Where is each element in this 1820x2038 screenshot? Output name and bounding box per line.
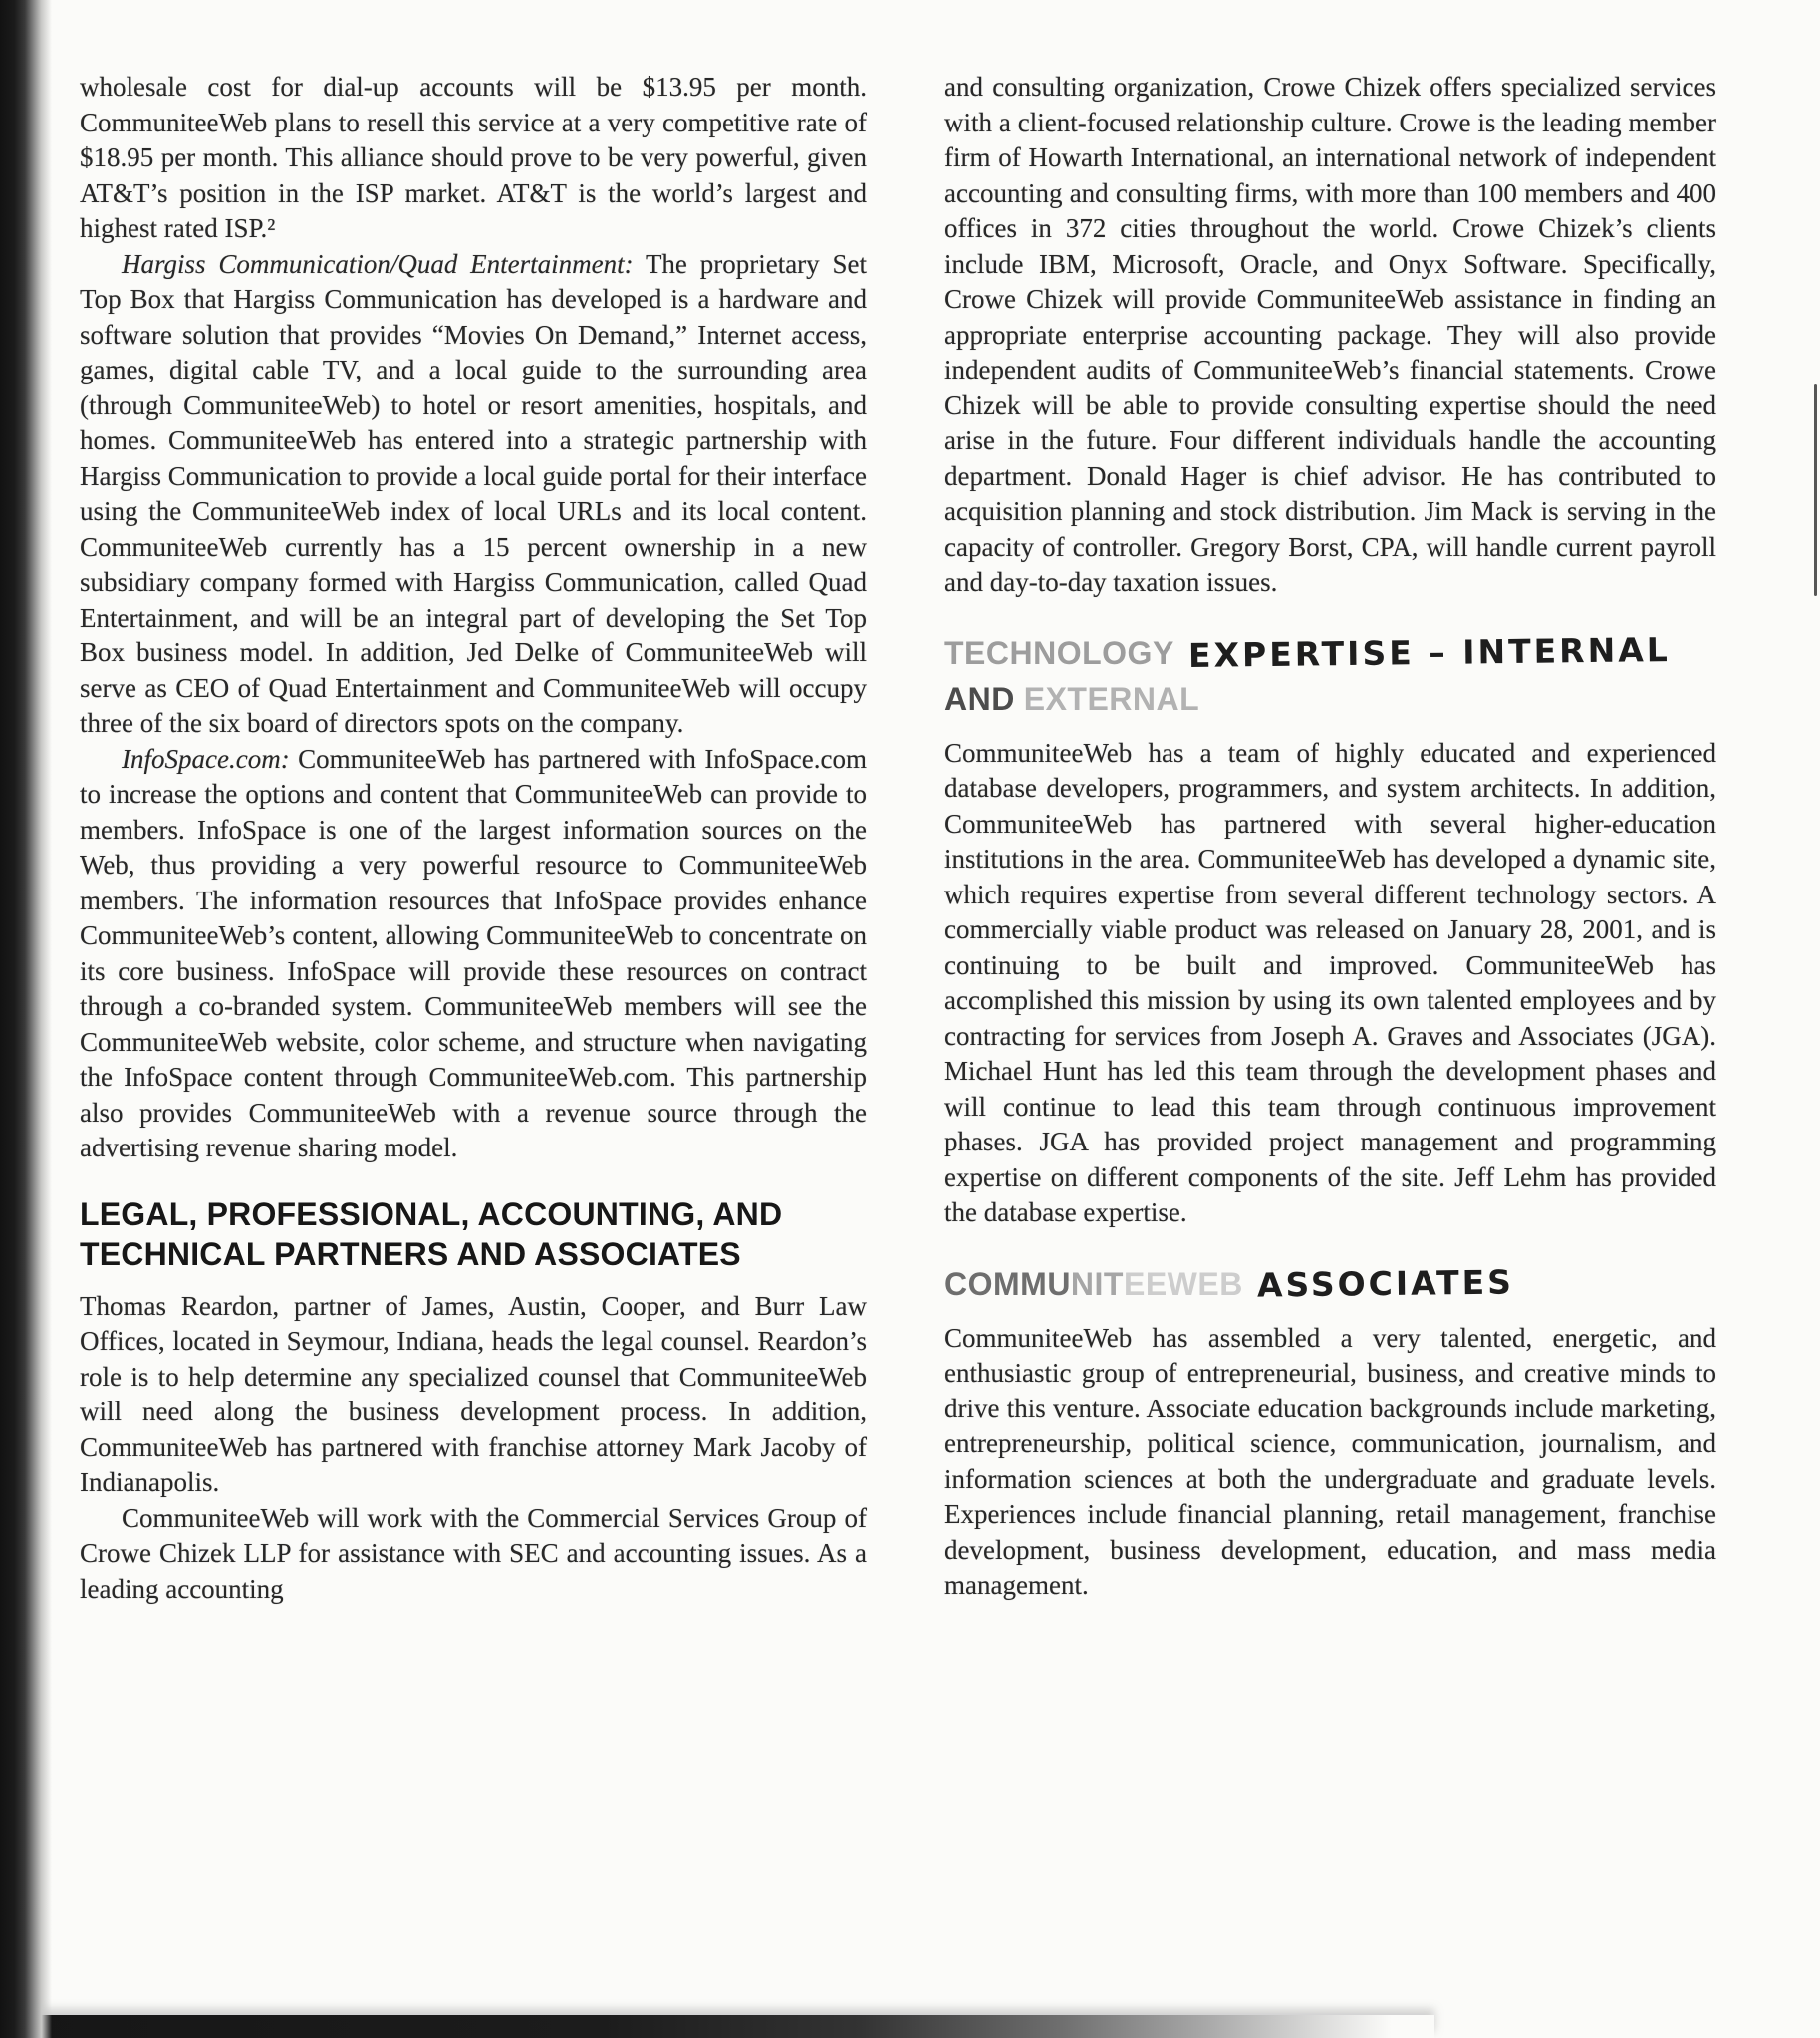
paragraph-infospace-text: CommuniteeWeb has partnered with InfoSpa… — [80, 744, 867, 1163]
right-column: and consulting organization, Crowe Chize… — [944, 70, 1716, 1604]
printed-and: AND — [944, 681, 1015, 717]
scan-artifact-right-line — [1814, 384, 1817, 596]
printed-faded-technology: TECHNOLOGY — [944, 636, 1174, 671]
printed-fading-communiteeweb-2: NIT — [1071, 1266, 1124, 1302]
printed-fading-communiteeweb-1: COMMU — [944, 1266, 1071, 1302]
heading-communiteeweb-associates: COMMUNITEEWEBASSOCIATES — [944, 1261, 1716, 1307]
scanned-book-page: wholesale cost for dial-up accounts will… — [0, 0, 1820, 2038]
paragraph-crowe-chizek: and consulting organization, Crowe Chize… — [944, 70, 1716, 601]
heading-legal-partners: LEGAL, PROFESSIONAL, ACCOUNTING, AND TEC… — [80, 1194, 797, 1274]
handwritten-annotation-associates: ASSOCIATES — [1257, 1259, 1514, 1308]
paragraph-technology-team: CommuniteeWeb has a team of highly educa… — [944, 736, 1716, 1231]
italic-lead-hargiss: Hargiss Communication/Quad Entertainment… — [122, 249, 634, 279]
paragraph-att-alliance: wholesale cost for dial-up accounts will… — [80, 70, 867, 247]
binding-shadow-artifact — [0, 0, 52, 2038]
heading-technology-expertise: TECHNOLOGYEXPERTISE – INTERNAL AND EXTER… — [944, 631, 1716, 722]
paragraph-infospace: InfoSpace.com: CommuniteeWeb has partner… — [80, 742, 867, 1166]
printed-fading-communiteeweb-3: EEWEB — [1124, 1266, 1243, 1302]
heading-technology-line1: TECHNOLOGYEXPERTISE – INTERNAL — [944, 631, 1716, 676]
paragraph-hargiss-text: The proprietary Set Top Box that Hargiss… — [80, 249, 867, 739]
handwritten-annotation-expertise-internal: EXPERTISE – INTERNAL — [1188, 628, 1671, 679]
paragraph-crowe-intro: CommuniteeWeb will work with the Commerc… — [80, 1501, 867, 1608]
paragraph-reardon-legal: Thomas Reardon, partner of James, Austin… — [80, 1289, 867, 1501]
printed-faded-external: EXTERNAL — [1024, 681, 1199, 717]
left-column: wholesale cost for dial-up accounts will… — [80, 70, 867, 1607]
italic-lead-infospace: InfoSpace.com: — [122, 744, 290, 774]
paragraph-associates: CommuniteeWeb has assembled a very talen… — [944, 1321, 1716, 1604]
heading-technology-line2: AND EXTERNAL — [944, 676, 1716, 722]
scan-artifact-bottom-bar — [0, 2015, 1434, 2038]
paragraph-hargiss-quad: Hargiss Communication/Quad Entertainment… — [80, 247, 867, 742]
